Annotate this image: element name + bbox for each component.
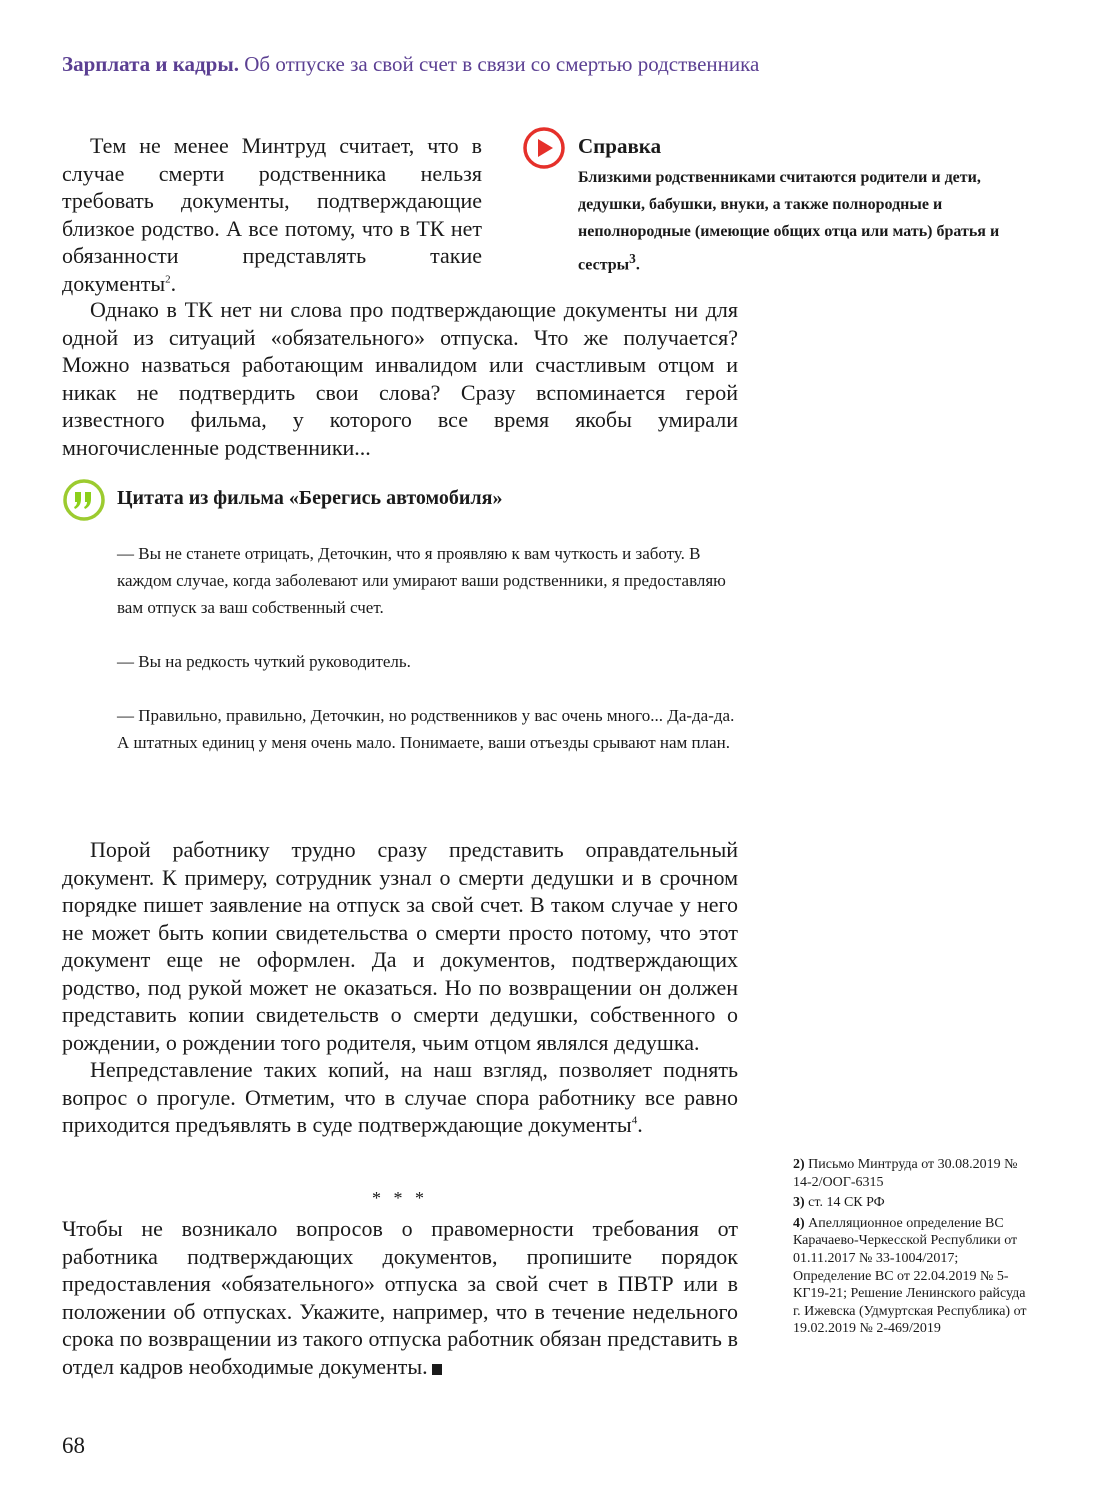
header-title: Об отпуске за свой счет в связи со смерт… xyxy=(244,52,759,76)
header-section: Зарплата и кадры. xyxy=(62,52,239,76)
play-circle-icon xyxy=(522,126,566,170)
paragraph-1: Тем не менее Минтруд считает, что в случ… xyxy=(62,132,482,297)
footnotes: 2) Письмо Минтруда от 30.08.2019 № 14-2/… xyxy=(793,1156,1033,1341)
footnote-2: 2) Письмо Минтруда от 30.08.2019 № 14-2/… xyxy=(793,1156,1033,1191)
aside-title: Справка xyxy=(578,134,661,159)
aside-body: Близкими родственниками считаются родите… xyxy=(578,164,1018,278)
running-header: Зарплата и кадры. Об отпуске за свой сче… xyxy=(62,52,759,77)
footnote-3: 3) ст. 14 СК РФ xyxy=(793,1194,1033,1212)
paragraph-conclusion: Чтобы не возникало вопросов о правомерно… xyxy=(62,1215,738,1380)
end-of-article-mark xyxy=(432,1364,442,1375)
page-number: 68 xyxy=(62,1433,85,1459)
quote-line: — Вы не станете отрицать, Деточкин, что … xyxy=(117,540,737,621)
footnote-4: 4) Апелляционное определение ВС Карачаев… xyxy=(793,1215,1033,1338)
section-separator: * * * xyxy=(62,1188,738,1209)
quote-line: — Вы на редкость чуткий руководитель. xyxy=(117,648,737,675)
quote-dialogue: — Вы не станете отрицать, Деточкин, что … xyxy=(117,540,737,783)
footnote-ref-3[interactable]: 3 xyxy=(629,251,636,266)
paragraph-2: Однако в ТК нет ни слова про подтверждаю… xyxy=(62,296,738,461)
paragraph-3: Порой работнику трудно сразу представить… xyxy=(62,836,738,1139)
quote-title: Цитата из фильма «Берегись автомобиля» xyxy=(117,487,502,510)
quote-line: — Правильно, правильно, Деточкин, но род… xyxy=(117,702,737,756)
quote-mark-icon xyxy=(62,478,106,522)
